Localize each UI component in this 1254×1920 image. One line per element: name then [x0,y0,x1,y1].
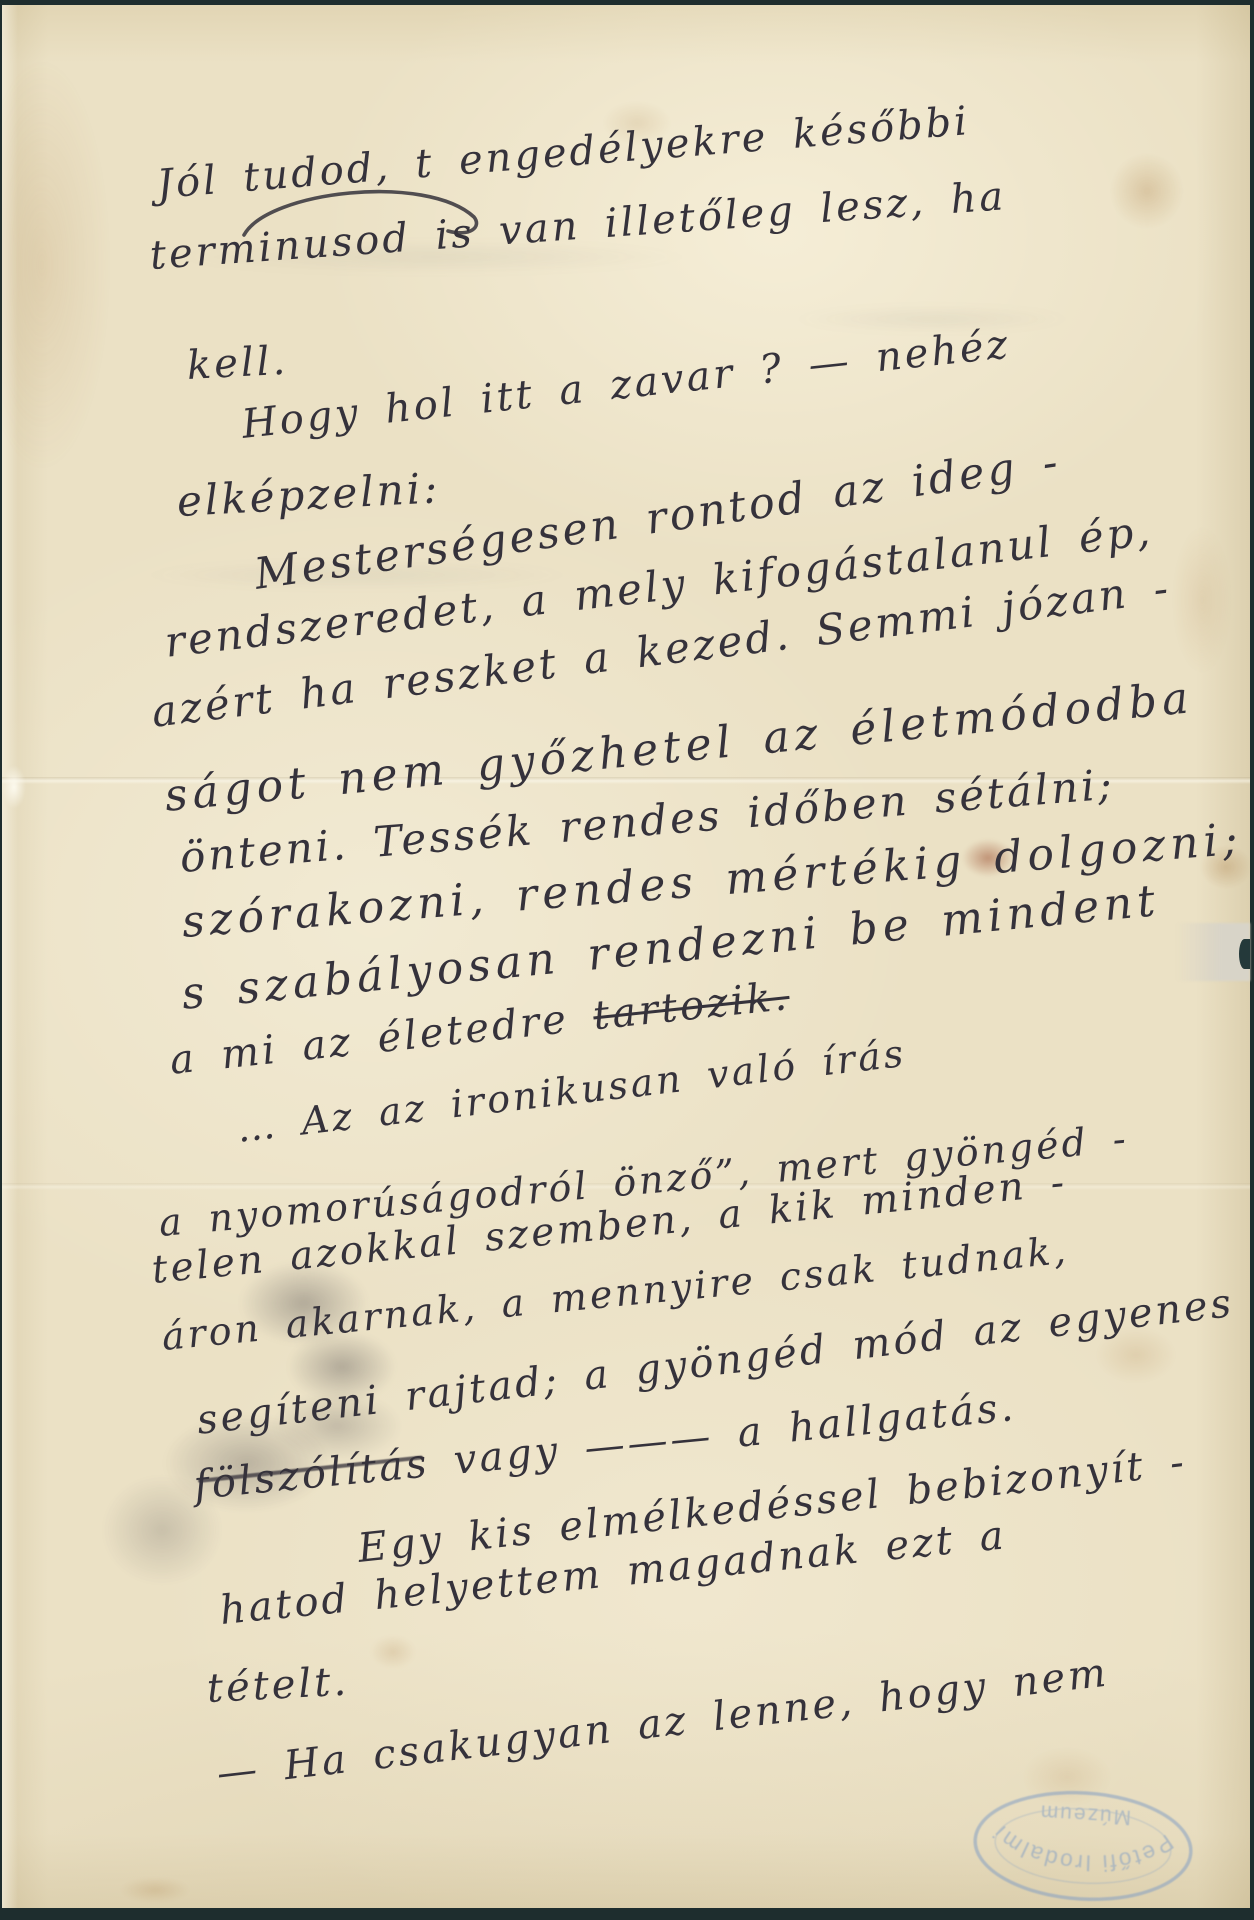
edge-crease-nick [2,765,26,809]
paper-left-edge [2,5,22,1908]
handwritten-line: — Ha csakugyan az lenne, hogy nem [214,1649,1111,1798]
handwritten-line: elképzelni: [176,463,442,527]
age-stain [1172,525,1232,675]
handwritten-line: Hogy hol itt a zavar ? — nehéz [239,320,1012,448]
struck-word: tartozik. [591,973,792,1039]
stamp-text-bottom: Múzeum [1038,1800,1132,1829]
scanned-letter: { "page": { "background_color": "#1e2d2e… [0,0,1254,1920]
age-stain [370,1635,416,1669]
handwritten-line: tételt. [206,1658,350,1713]
letter-page: Jól tudod, t engedélyekre későbbi termin… [2,5,1250,1908]
edge-tear-notch [1239,939,1250,969]
age-stain [1110,153,1184,229]
age-stain [120,1877,190,1903]
museum-stamp: Petőfi Irodalmi Múzeum [967,1782,1200,1910]
handwritten-line: kell. [186,337,290,390]
